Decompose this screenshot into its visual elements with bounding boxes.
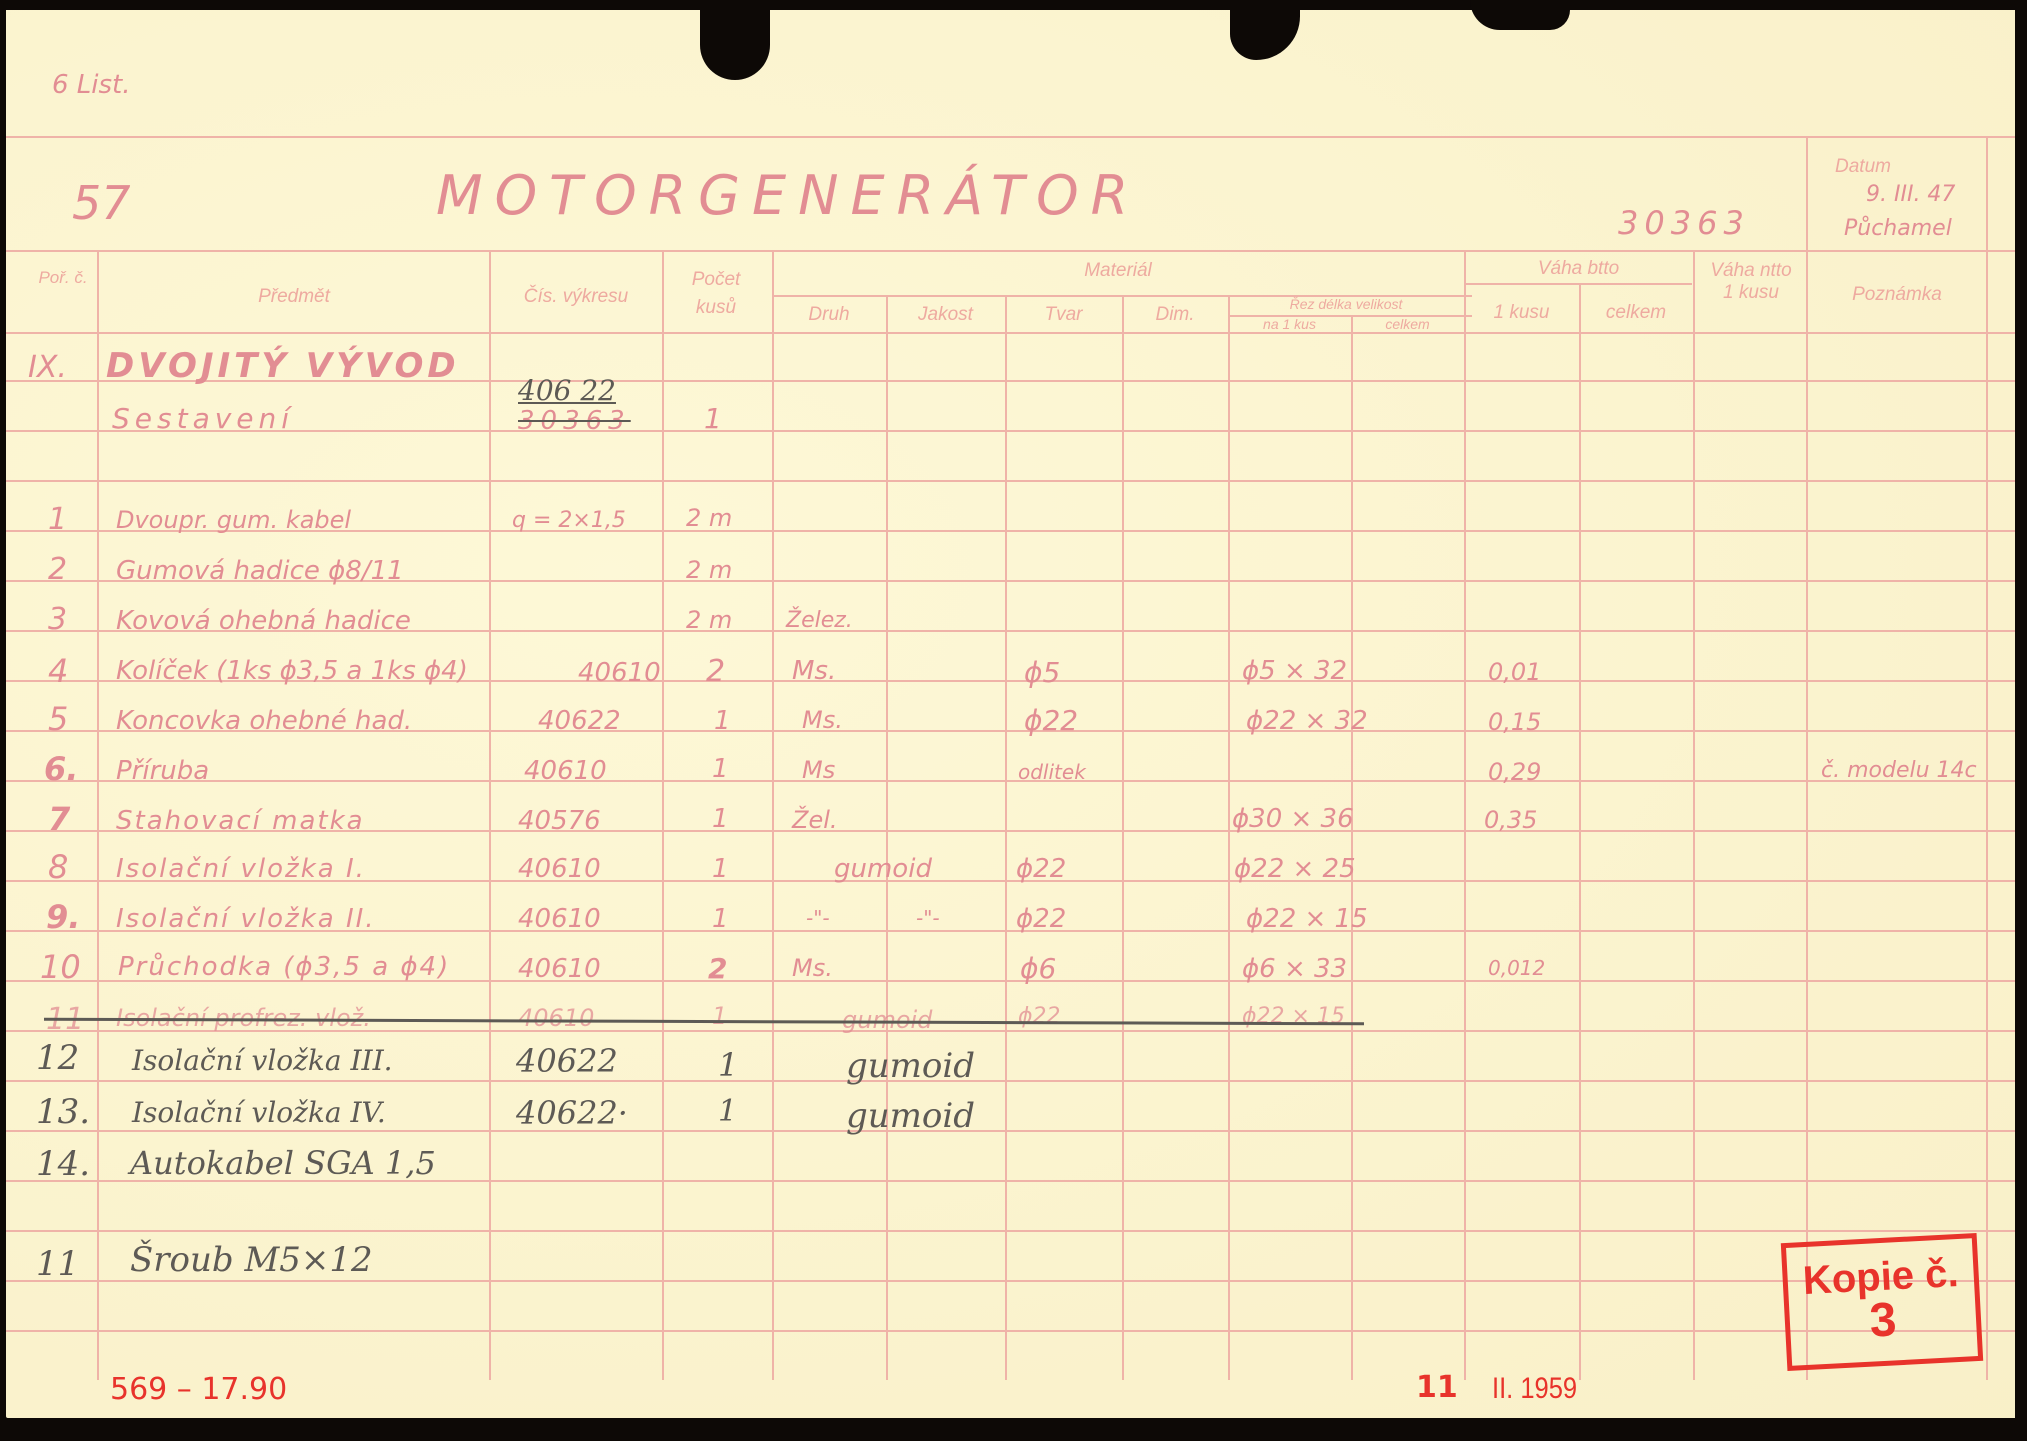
row-qty: 2 — [706, 654, 725, 689]
row-pos: 4 — [48, 652, 68, 690]
col-rule — [97, 250, 99, 1380]
row-pos: 10 — [40, 948, 81, 986]
row-name: Průchodka (ϕ3,5 a ϕ4) — [118, 952, 450, 982]
footer-code: 569 – 17.90 — [110, 1372, 287, 1407]
row-rez: ϕ22 × 15 — [1246, 904, 1368, 934]
row-rez: ϕ22 × 25 — [1234, 854, 1356, 884]
header-poznamka: Poznámka — [1808, 284, 1986, 306]
row-druh: gumoid — [846, 1096, 975, 1136]
row-pos: 12 — [36, 1038, 79, 1078]
row-druh: gumoid — [846, 1046, 975, 1086]
right-edge — [2015, 0, 2027, 1441]
header-predmet: Předmět — [99, 286, 489, 308]
section-sub: Sestavení — [112, 402, 294, 435]
document-sheet: 6 List. 57 MOTORGENERÁTOR 30363 Datum 9.… — [6, 8, 2021, 1418]
row-druh: Ms. — [792, 656, 836, 686]
row-rez: ϕ22 × 15 — [1242, 1004, 1345, 1029]
row-name: Isolační vložka IV. — [132, 1096, 386, 1129]
row-name: Isolační vložka II. — [116, 904, 376, 934]
row-druh: Ms. — [802, 706, 843, 734]
row-weight: 0,012 — [1488, 956, 1545, 980]
row-pos: 8 — [48, 848, 68, 886]
row-tvar: ϕ22 — [1016, 904, 1066, 934]
col-rule — [1464, 250, 1466, 1380]
section-drawing-new: 406 22 — [518, 374, 616, 407]
row-tvar: ϕ5 — [1024, 656, 1060, 689]
row-name: Šroub M5×12 — [130, 1240, 373, 1280]
header-na-1-kus: na 1 kus — [1228, 316, 1351, 332]
row-rule — [6, 1130, 2021, 1132]
col-rule — [772, 250, 774, 1380]
sheet-note: 6 List. — [52, 70, 131, 100]
footer-date-rest: II. 1959 — [1492, 1372, 1577, 1406]
row-drawing: 40610 — [518, 854, 601, 884]
header-vaha-ntto: Váha ntto 1 kusu — [1706, 260, 1796, 304]
row-name: Příruba — [116, 756, 209, 786]
row-name: Kolíček (1ks ϕ3,5 a 1ks ϕ4) — [116, 656, 468, 686]
header-dim: Dim. — [1122, 304, 1228, 326]
row-qty: 1 — [718, 1094, 737, 1129]
row-name: Stahovací matka — [116, 806, 365, 836]
row-tvar: ϕ22 — [1016, 854, 1066, 884]
section-qty: 1 — [704, 402, 722, 435]
bottom-edge — [0, 1418, 2027, 1441]
header-druh: Druh — [772, 304, 886, 326]
row-qty: 1 — [712, 854, 729, 884]
header-vaha-btto: Váha btto — [1464, 258, 1693, 280]
row-qty: 1 — [712, 1002, 727, 1030]
row-pos: 1 — [48, 502, 67, 537]
col-rule — [662, 250, 664, 1380]
row-druh: Žel. — [792, 806, 838, 834]
row-rez: ϕ5 × 32 — [1242, 656, 1347, 686]
header-material: Materiál — [772, 260, 1464, 282]
date-label: Datum — [1818, 156, 1908, 178]
row-tvar: ϕ22 — [1024, 704, 1078, 737]
col-rule-right — [1986, 136, 1988, 1380]
header-pocet: Počet kusů — [676, 266, 756, 322]
header-celkem: celkem — [1351, 316, 1464, 332]
col-rule — [1806, 136, 1808, 1380]
row-rule — [6, 480, 2021, 482]
date-signature: Půchamel — [1844, 216, 1952, 241]
row-rule — [6, 430, 2021, 432]
row-qty: 1 — [718, 1046, 738, 1084]
row-name: Autokabel SGA 1,5 — [130, 1144, 436, 1182]
row-rez: ϕ22 × 32 — [1246, 706, 1368, 736]
rule-title — [6, 250, 2021, 252]
row-pos: 3 — [48, 602, 67, 637]
row-note: č. modelu 14c — [1821, 758, 1977, 783]
row-drawing: 40610 — [518, 904, 601, 934]
col-rule — [489, 250, 491, 1380]
footer-date-day: 11 — [1416, 1370, 1458, 1405]
row-name: Dvoupr. gum. kabel — [116, 506, 351, 534]
row-rule — [6, 1230, 2021, 1232]
drawing-ref: 30363 — [1618, 204, 1750, 242]
header-vaha-celkem: celkem — [1579, 302, 1693, 324]
row-tvar: odlitek — [1018, 760, 1086, 784]
row-pos: 7 — [48, 800, 70, 838]
copy-stamp: Kopie č. 3 — [1781, 1233, 1983, 1371]
row-weight: 0,29 — [1488, 758, 1541, 786]
col-rule — [1122, 295, 1124, 1380]
row-name: Gumová hadice ϕ8/11 — [116, 556, 404, 586]
row-pos: 2 — [48, 552, 67, 587]
row-name: Koncovka ohebné had. — [116, 706, 412, 736]
torn-notch — [700, 0, 770, 80]
row-jakost: -"- — [916, 906, 940, 930]
date-value: 9. III. 47 — [1866, 182, 1955, 207]
rule-top — [6, 136, 2021, 138]
torn-notch — [1470, 0, 1570, 30]
col-rule — [1579, 283, 1581, 1380]
header-tvar: Tvar — [1005, 304, 1122, 326]
col-rule — [1005, 295, 1007, 1380]
row-drawing: 40622· — [516, 1094, 628, 1132]
rule-header-bottom — [6, 332, 2021, 334]
row-pos: 9. — [46, 898, 80, 936]
row-pos: 13. — [36, 1092, 90, 1132]
row-qty: 1 — [712, 904, 729, 934]
row-tvar: ϕ6 — [1020, 952, 1056, 985]
row-rez: ϕ6 × 33 — [1242, 954, 1347, 984]
row-name: Kovová ohebná hadice — [116, 606, 411, 636]
row-drawing: q = 2×1,5 — [512, 508, 626, 533]
row-rez: ϕ30 × 36 — [1232, 804, 1354, 834]
row-qty: 1 — [712, 754, 729, 784]
header-cis-vykresu: Čís. výkresu — [491, 286, 661, 308]
row-rule — [6, 780, 2021, 782]
row-drawing: 40610 — [518, 1004, 594, 1032]
row-pos: 6. — [44, 750, 78, 788]
row-rule — [6, 1080, 2021, 1082]
row-pos: 5 — [48, 700, 68, 738]
rule-vaha-mid — [1464, 283, 1692, 285]
row-drawing: 40610 — [518, 954, 601, 984]
header-jakost: Jakost — [886, 304, 1005, 326]
page-title: MOTORGENERÁTOR — [436, 164, 1140, 227]
row-drawing: 40622 — [538, 706, 621, 736]
row-qty: 1 — [712, 804, 729, 834]
section-drawing-old: 30363 — [518, 406, 631, 436]
header-pos: Poř. č. — [30, 268, 96, 288]
col-rule — [1693, 250, 1695, 1380]
row-pos: 14. — [36, 1144, 90, 1184]
row-qty: 2 m — [686, 504, 732, 532]
row-qty: 1 — [714, 706, 731, 736]
row-drawing: 40610 — [524, 756, 607, 786]
col-rule — [1228, 295, 1230, 1380]
row-drawing: 40622 — [516, 1042, 618, 1080]
row-druh: gumoid — [834, 854, 932, 884]
row-weight: 0,01 — [1488, 658, 1541, 686]
header-rez: Řez délka velikost — [1228, 296, 1464, 312]
header-vaha-1-kusu: 1 kusu — [1464, 302, 1579, 324]
row-rule — [6, 1280, 2021, 1282]
row-pos: 11 — [36, 1244, 79, 1284]
torn-edge — [0, 0, 2027, 10]
row-name: Isolační vložka III. — [132, 1044, 393, 1077]
row-qty: 2 m — [686, 606, 732, 634]
row-rule — [6, 1330, 2021, 1332]
row-drawing: 40576 — [518, 806, 601, 836]
row-weight: 0,35 — [1484, 806, 1537, 834]
row-druh: -"- — [806, 906, 830, 930]
section-pos: IX. — [28, 350, 67, 385]
row-druh: Ms. — [792, 954, 833, 982]
row-name: Isolační vložka I. — [116, 854, 366, 884]
col-rule — [1351, 315, 1353, 1380]
row-drawing: 40610 — [578, 658, 661, 688]
section-name: DVOJITÝ VÝVOD — [106, 346, 460, 386]
row-qty: 2 — [708, 952, 727, 985]
row-tvar: ϕ22 — [1018, 1004, 1061, 1029]
col-rule — [886, 295, 888, 1380]
row-weight: 0,15 — [1488, 708, 1541, 736]
row-druh: Ms — [802, 756, 835, 784]
item-number: 57 — [72, 176, 131, 230]
row-qty: 2 m — [686, 556, 732, 584]
row-druh: Želez. — [786, 608, 853, 633]
